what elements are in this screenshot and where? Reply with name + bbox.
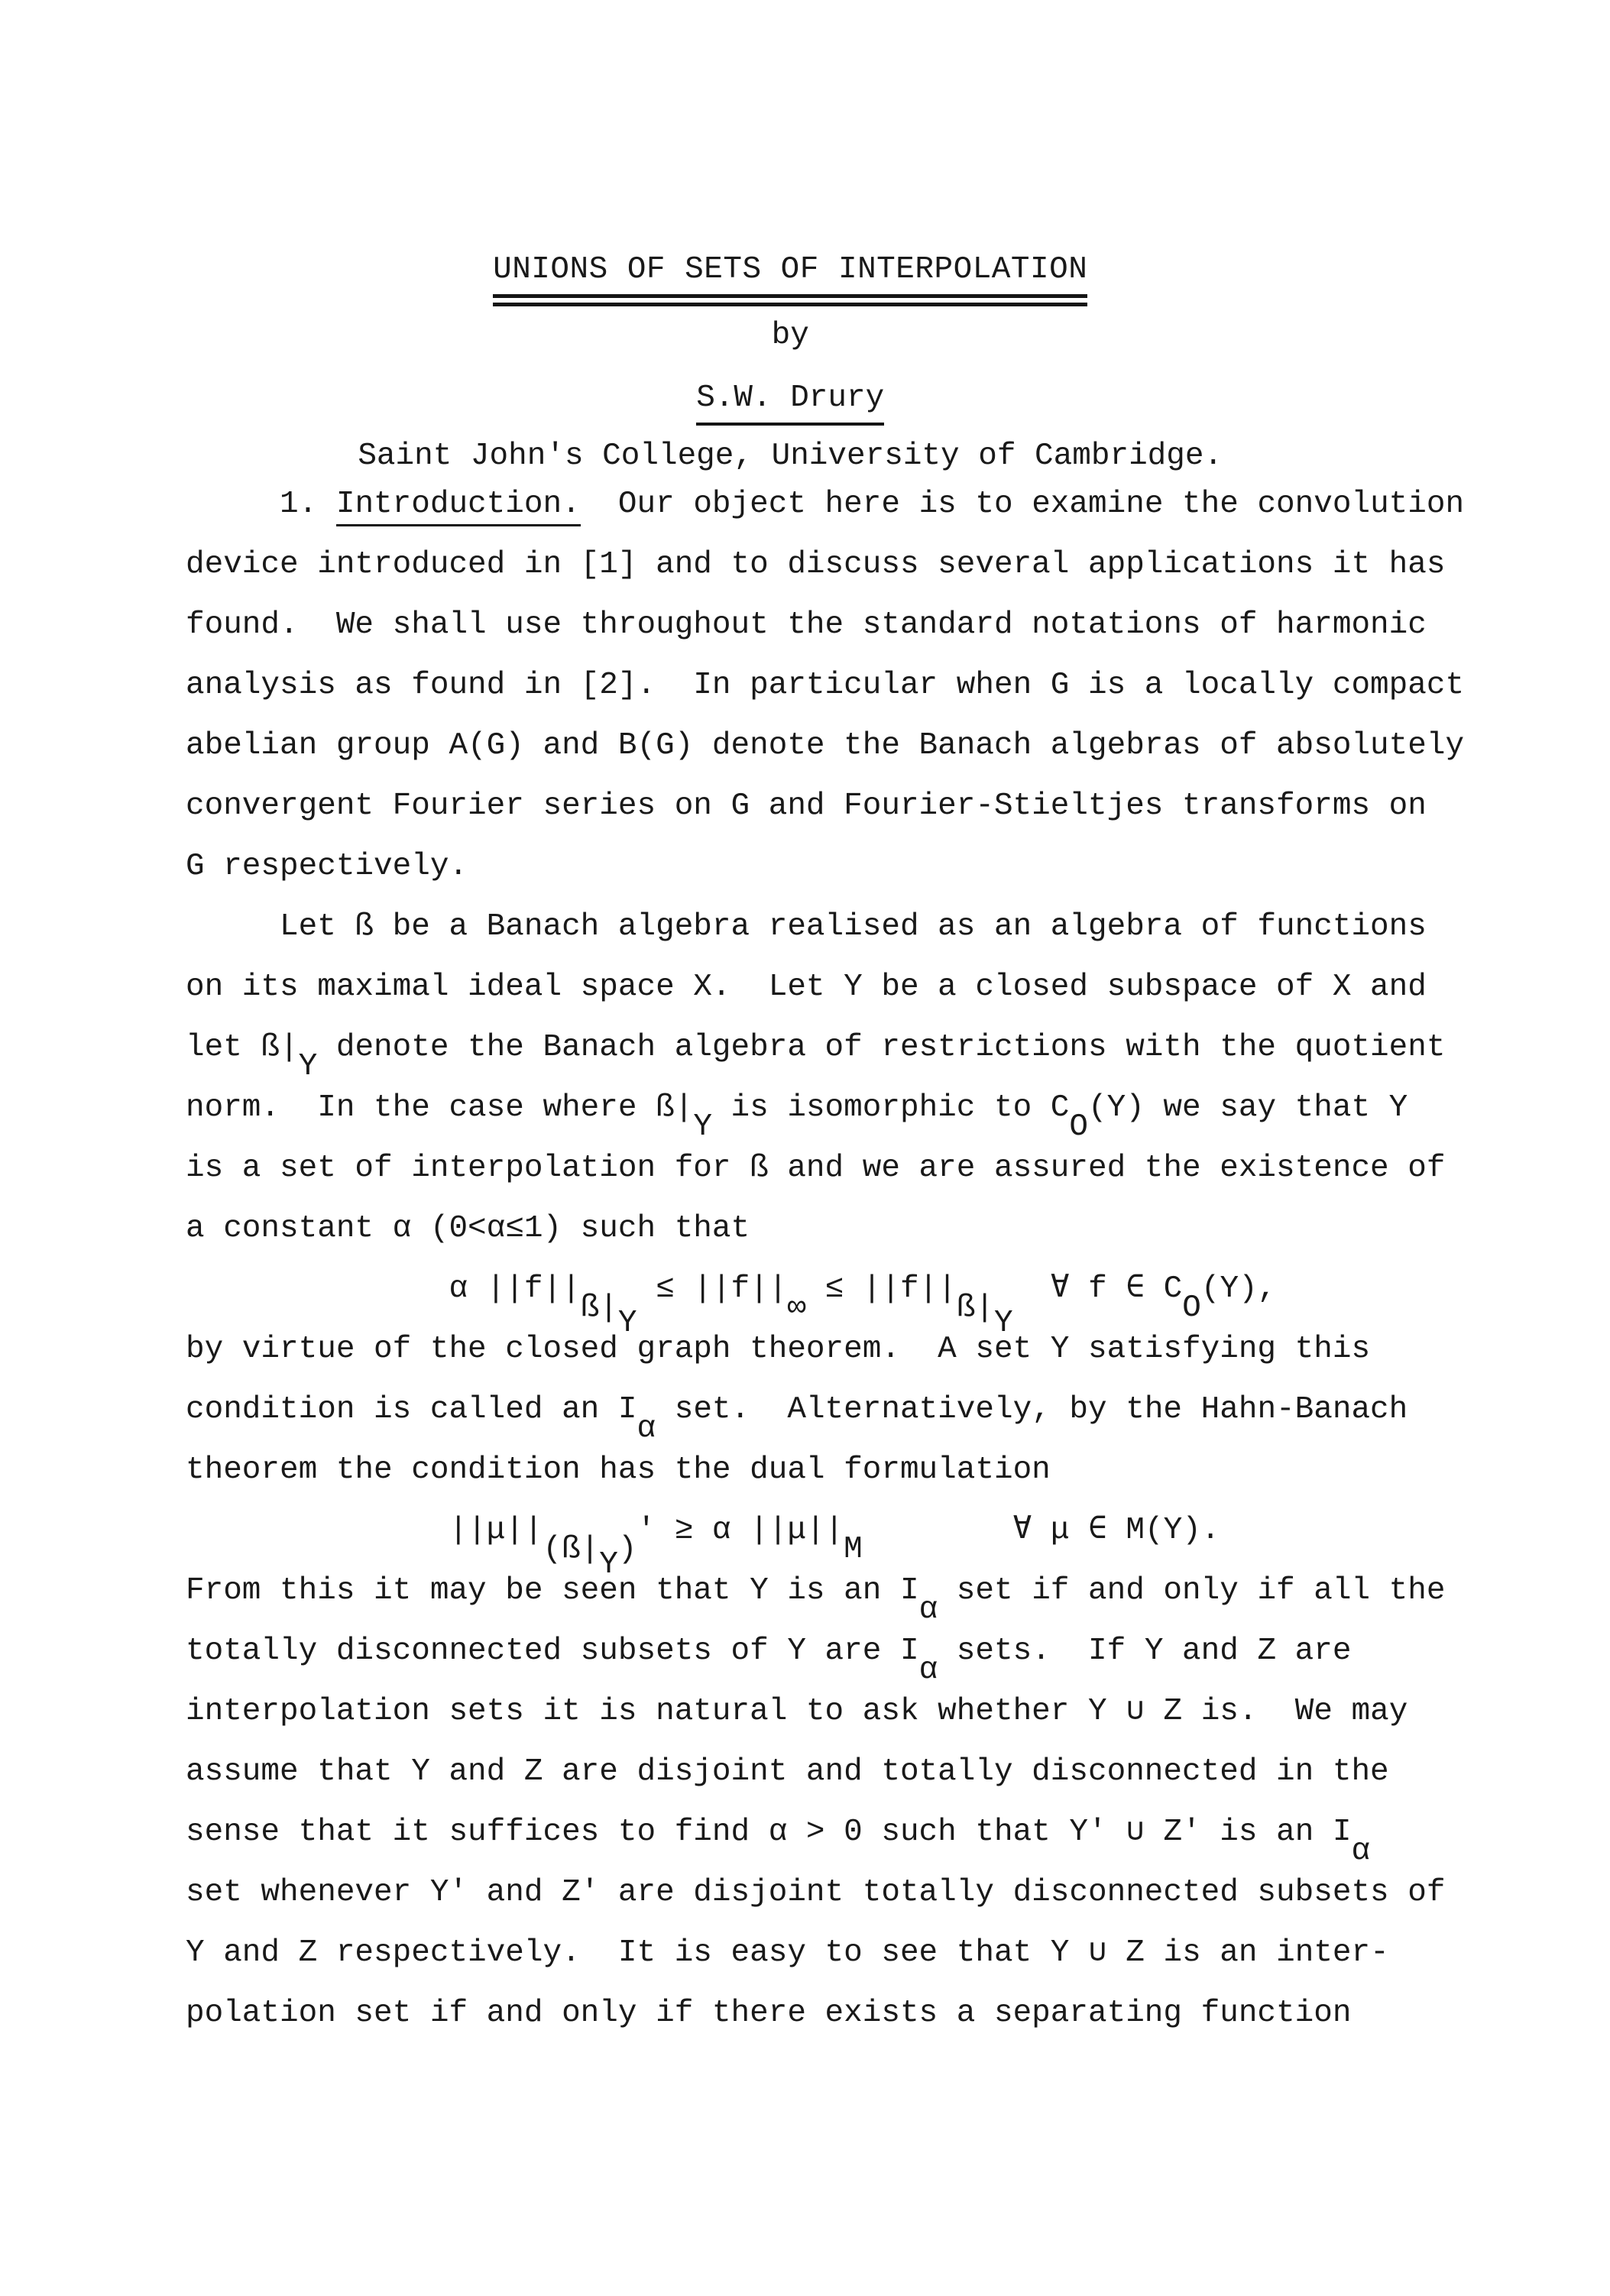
text-line: found. We shall use throughout the stand… [186, 595, 1610, 656]
text-segment: device introduced in [1] and to discuss … [186, 547, 1445, 582]
text-segment: ≤ ||f|| [806, 1271, 957, 1307]
subscript-text: Y [299, 1049, 318, 1084]
formula-line: α ||f||ß|Y ≤ ||f||∞ ≤ ||f||ß|Y ∀ f ∈ CO(… [186, 1259, 1610, 1320]
text-segment: convergent Fourier series on G and Fouri… [186, 789, 1427, 824]
text-segment: ∀ f ∈ C [1013, 1271, 1183, 1307]
subscript-text: α [637, 1411, 656, 1446]
subscript-text: α [919, 1592, 938, 1627]
text-segment: assume that Y and Z are disjoint and tot… [186, 1754, 1389, 1789]
text-line: norm. In the case where ß|Y is isomorphi… [186, 1078, 1610, 1138]
text-segment: From this it may be seen that Y is an I [186, 1573, 919, 1608]
text-segment: condition is called an I [186, 1392, 637, 1427]
text-line: on its maximal ideal space X. Let Y be a… [186, 957, 1610, 1018]
affiliation-text: Saint John's College, University of Camb… [358, 439, 1223, 474]
text-segment: theorem the condition has the dual formu… [186, 1452, 1051, 1488]
text-line: abelian group A(G) and B(G) denote the B… [186, 716, 1610, 776]
text-line: convergent Fourier series on G and Fouri… [186, 776, 1610, 837]
text-segment: by virtue of the closed graph theorem. A… [186, 1332, 1370, 1367]
text-segment: ||μ|| [186, 1513, 543, 1548]
subscript-text: Y [693, 1109, 712, 1145]
text-segment: analysis as found in [2]. In particular … [186, 668, 1464, 703]
text-segment: interpolation sets it is natural to ask … [186, 1694, 1408, 1729]
subscript-text: Y [618, 1306, 637, 1341]
text-segment: ' ≥ α ||μ|| [637, 1513, 844, 1548]
text-line: analysis as found in [2]. In particular … [186, 656, 1610, 716]
text-segment: 1. [186, 487, 336, 522]
text-line: Let ß be a Banach algebra realised as an… [186, 897, 1610, 957]
text-line: G respectively. [186, 837, 1610, 897]
text-segment: set if and only if all the [938, 1573, 1445, 1608]
text-line: polation set if and only if there exists… [186, 1983, 1610, 2044]
subscript-text: O [1069, 1109, 1088, 1145]
text-line: device introduced in [1] and to discuss … [186, 535, 1610, 595]
subscript-text: O [1182, 1290, 1201, 1326]
subscript-text: Y [994, 1306, 1013, 1341]
text-segment: is isomorphic to C [712, 1090, 1069, 1125]
subscript-text: α [919, 1653, 938, 1688]
underlined-text: Introduction. [336, 487, 581, 526]
text-segment: (Y) we say that Y [1088, 1090, 1408, 1125]
text-line: From this it may be seen that Y is an Iα… [186, 1561, 1610, 1621]
text-segment: on its maximal ideal space X. Let Y be a… [186, 970, 1427, 1005]
text-line: by virtue of the closed graph theorem. A… [186, 1320, 1610, 1380]
text-line: Y and Z respectively. It is easy to see … [186, 1923, 1610, 1983]
text-segment: is a set of interpolation for ß and we a… [186, 1151, 1445, 1186]
text-segment: (Y), [1201, 1271, 1276, 1307]
text-segment: G respectively. [186, 849, 468, 884]
subscript-text: M [844, 1532, 863, 1567]
subscript-text: ) [618, 1532, 637, 1567]
text-line: set whenever Y' and Z' are disjoint tota… [186, 1863, 1610, 1923]
text-segment: found. We shall use throughout the stand… [186, 607, 1427, 643]
text-line: theorem the condition has the dual formu… [186, 1440, 1610, 1501]
text-line: sense that it suffices to find α > 0 suc… [186, 1802, 1610, 1863]
text-segment: polation set if and only if there exists… [186, 1996, 1351, 2031]
text-line: totally disconnected subsets of Y are Iα… [186, 1621, 1610, 1682]
text-segment: ∀ μ ∈ M(Y). [863, 1513, 1220, 1548]
text-segment: denote the Banach algebra of restriction… [317, 1030, 1445, 1065]
subscript-text: Y [599, 1547, 618, 1582]
subscript-text: ß| [581, 1290, 618, 1326]
text-segment: sets. If Y and Z are [938, 1634, 1351, 1669]
text-segment: ≤ ||f|| [637, 1271, 788, 1307]
text-segment: abelian group A(G) and B(G) denote the B… [186, 728, 1464, 763]
text-line: let ß|Y denote the Banach algebra of res… [186, 1018, 1610, 1078]
text-segment: Let ß be a Banach algebra realised as an… [186, 909, 1427, 944]
subscript-text: α [1352, 1834, 1371, 1869]
text-segment: a constant α (0<α≤1) such that [186, 1211, 750, 1246]
text-segment: norm. In the case where ß| [186, 1090, 693, 1125]
text-segment: set whenever Y' and Z' are disjoint tota… [186, 1875, 1445, 1910]
formula-line: ||μ||(ß|Y)' ≥ α ||μ||M ∀ μ ∈ M(Y). [186, 1501, 1610, 1561]
text-segment: α ||f|| [186, 1271, 581, 1307]
text-line: assume that Y and Z are disjoint and tot… [186, 1742, 1610, 1802]
text-segment: Our object here is to examine the convol… [581, 487, 1464, 522]
subscript-text: ß| [957, 1290, 994, 1326]
scanned-paper-page: UNIONS OF SETS OF INTERPOLATION by S.W. … [0, 0, 1610, 2296]
text-line: interpolation sets it is natural to ask … [186, 1682, 1610, 1742]
text-segment: sense that it suffices to find α > 0 suc… [186, 1815, 1352, 1850]
text-segment: set. Alternatively, by the Hahn-Banach [656, 1392, 1408, 1427]
text-segment: totally disconnected subsets of Y are I [186, 1634, 919, 1669]
subscript-text: (ß| [543, 1532, 599, 1567]
text-line: 1. Introduction. Our object here is to e… [186, 474, 1610, 535]
text-line: condition is called an Iα set. Alternati… [186, 1380, 1610, 1440]
text-segment: Y and Z respectively. It is easy to see … [186, 1935, 1389, 1971]
subscript-text: ∞ [787, 1290, 806, 1326]
text-line: a constant α (0<α≤1) such that [186, 1199, 1610, 1259]
text-line: is a set of interpolation for ß and we a… [186, 1138, 1610, 1199]
text-segment: let ß| [186, 1030, 299, 1065]
body-text: 1. Introduction. Our object here is to e… [186, 474, 1610, 2044]
